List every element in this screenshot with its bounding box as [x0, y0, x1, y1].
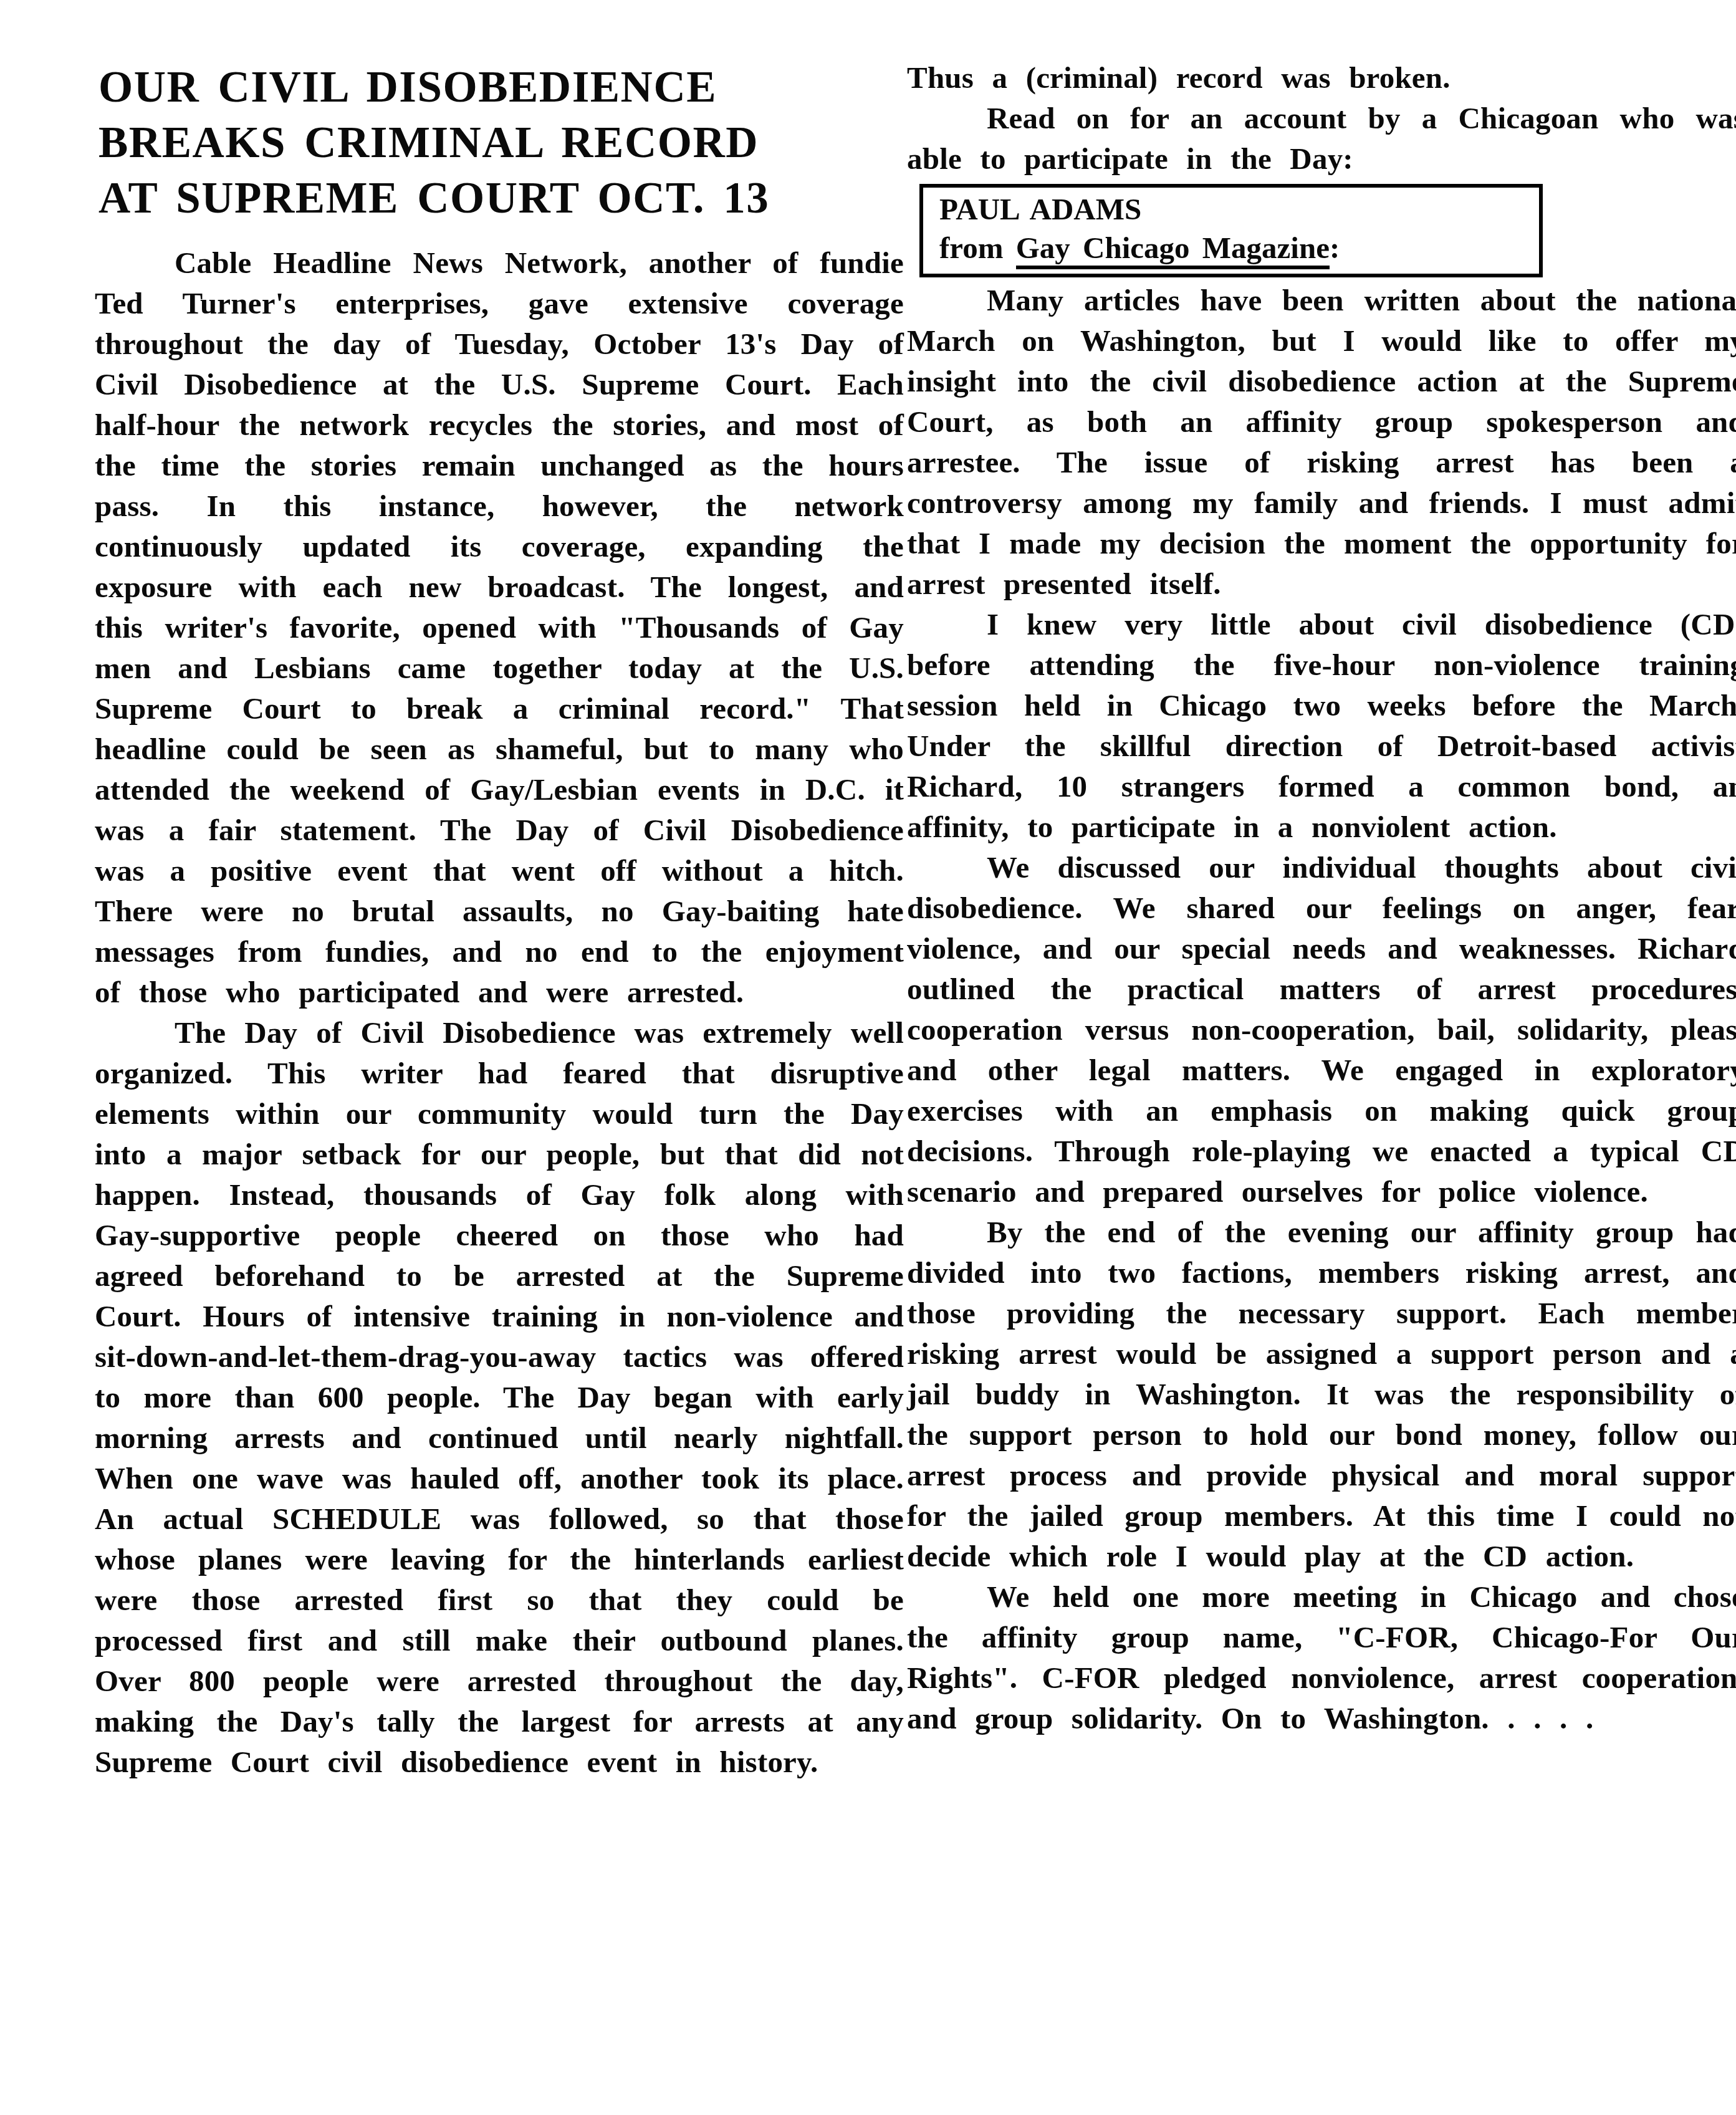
byline-author: PAUL ADAMS — [939, 190, 1523, 229]
paragraph: I knew very little about civil disobedie… — [907, 604, 1736, 847]
paragraph: We held one more meeting in Chicago and … — [907, 1576, 1736, 1739]
left-column: OUR CIVIL DISOBEDIENCE BREAKS CRIMINAL R… — [95, 60, 904, 1782]
byline-from-prefix: from — [939, 231, 1016, 265]
paragraph: Many articles have been written about th… — [907, 280, 1736, 604]
right-column: Thus a (criminal) record was broken.Read… — [907, 57, 1736, 1739]
right-column-body: Many articles have been written about th… — [907, 280, 1736, 1739]
paragraph: By the end of the evening our affinity g… — [907, 1212, 1736, 1576]
byline-colon: : — [1330, 231, 1340, 265]
scanned-article-page: OUR CIVIL DISOBEDIENCE BREAKS CRIMINAL R… — [0, 0, 1736, 2115]
headline-line-3: AT SUPREME COURT OCT. 13 — [98, 171, 904, 226]
right-column-intro: Thus a (criminal) record was broken.Read… — [907, 57, 1736, 179]
paragraph: The Day of Civil Disobedience was extrem… — [95, 1012, 904, 1782]
left-column-body: Cable Headline News Network, another of … — [95, 242, 904, 1782]
paragraph: Thus a (criminal) record was broken. — [907, 57, 1736, 98]
headline-line-1: OUR CIVIL DISOBEDIENCE — [98, 60, 904, 115]
paragraph: Cable Headline News Network, another of … — [95, 242, 904, 1012]
paragraph: We discussed our individual thoughts abo… — [907, 847, 1736, 1212]
article-headline: OUR CIVIL DISOBEDIENCE BREAKS CRIMINAL R… — [98, 60, 904, 226]
paragraph: Read on for an account by a Chicagoan wh… — [907, 98, 1736, 179]
byline-box: PAUL ADAMS from Gay Chicago Magazine: — [919, 184, 1543, 277]
headline-line-2: BREAKS CRIMINAL RECORD — [98, 115, 904, 171]
byline-magazine-name: Gay Chicago Magazine — [1016, 231, 1330, 269]
byline-source: from Gay Chicago Magazine: — [939, 229, 1523, 267]
